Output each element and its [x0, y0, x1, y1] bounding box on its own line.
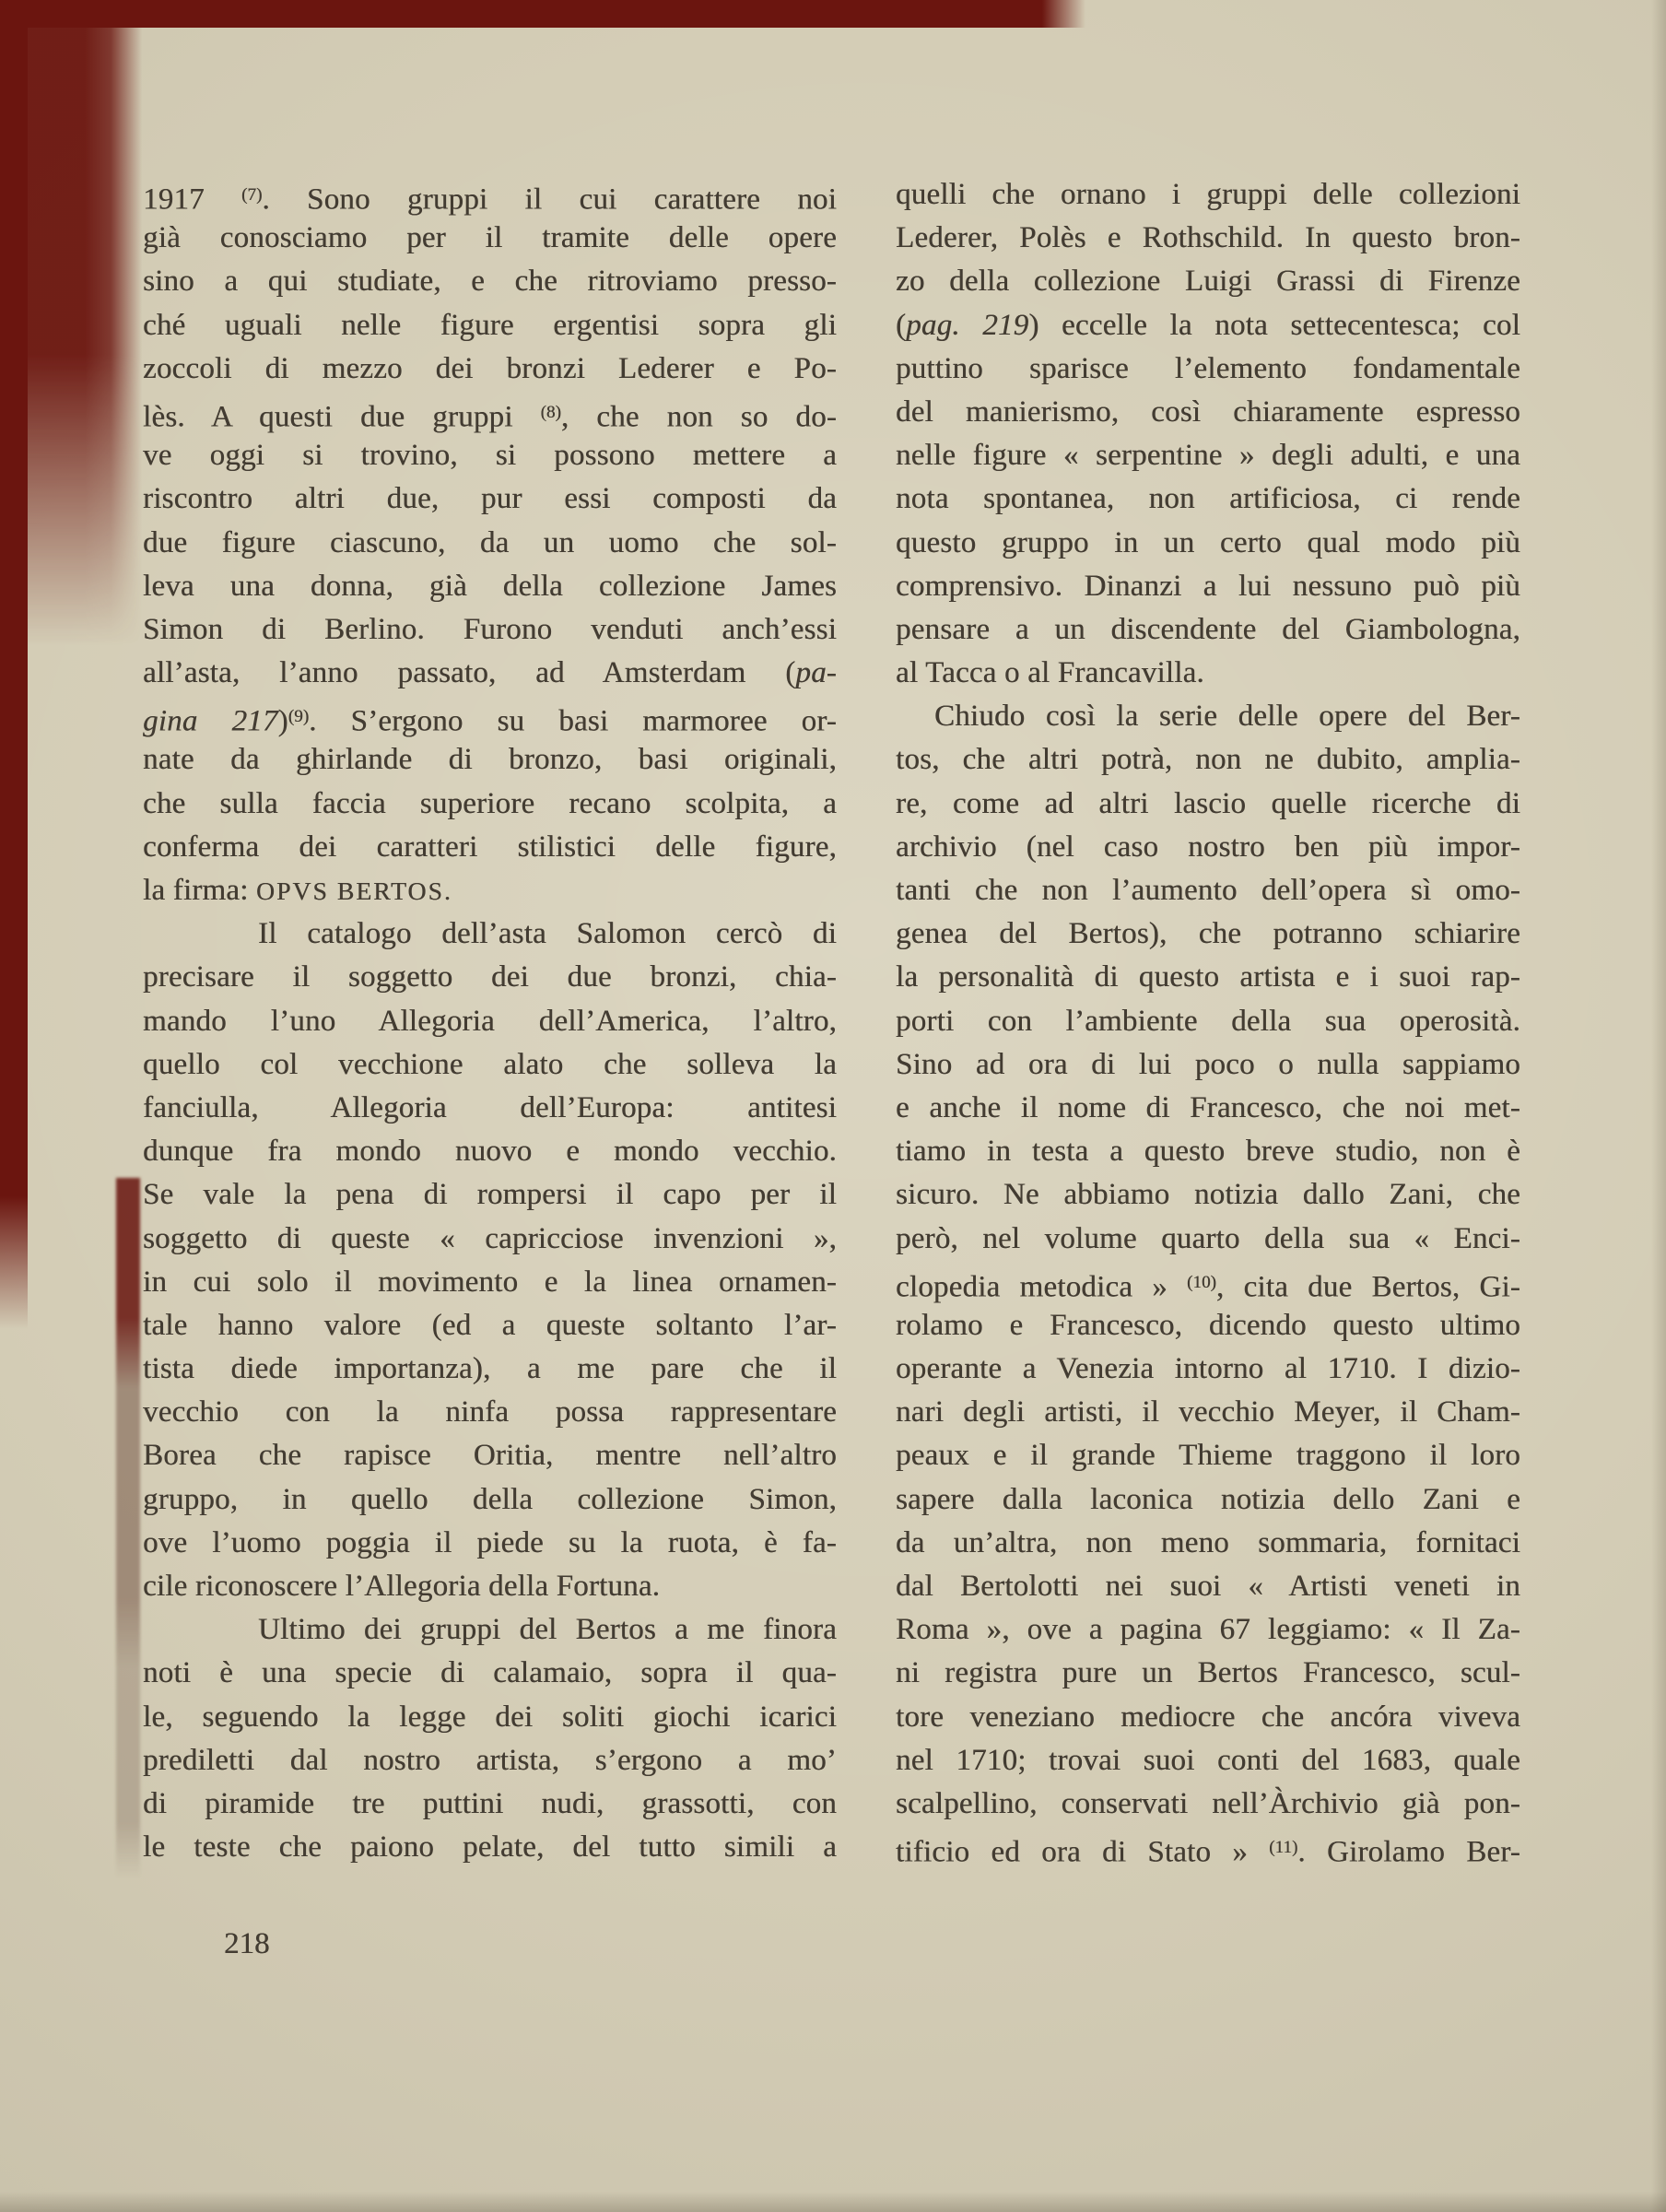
page-edge-shadow-bottom [0, 2192, 1666, 2212]
text-segment: OPVS BERTOS. [256, 877, 452, 905]
gutter-shadow [116, 1178, 140, 1878]
text-line: sicuro. Ne abbiamo notizia dallo Zani, c… [896, 1173, 1520, 1217]
text-segment: pa- [795, 656, 837, 689]
text-line: due figure ciascuno, da un uomo che sol- [143, 522, 837, 565]
text-segment: pag. 219 [906, 309, 1028, 342]
text-line: porti con l’ambiente della sua operosità… [896, 1000, 1520, 1043]
text-line: comprensivo. Dinanzi a lui nessuno può p… [896, 565, 1520, 608]
text-line: tista diede importanza), a me pare che i… [143, 1347, 837, 1391]
text-line: operante a Venezia intorno al 1710. I di… [896, 1347, 1520, 1391]
text-line: vecchio con la ninfa possa rappresentare [143, 1391, 837, 1434]
text-line: nel 1710; trovai suoi conti del 1683, qu… [896, 1739, 1520, 1783]
footnote-marker: (10) [1187, 1273, 1216, 1292]
text-line: tore veneziano mediocre che ancóra vivev… [896, 1696, 1520, 1739]
text-line: puttino sparisce l’elemento fondamentale [896, 347, 1520, 391]
text-line: mando l’uno Allegoria dell’America, l’al… [143, 1000, 837, 1043]
text-line: già conosciamo per il tramite delle oper… [143, 217, 837, 260]
text-line: che sulla faccia superiore recano scolpi… [143, 782, 837, 826]
text-line: gruppo, in quello della collezione Simon… [143, 1478, 837, 1522]
text-column-right: quelli che ornano i gruppi delle collezi… [896, 173, 1520, 1869]
text-line: nota spontanea, non artificiosa, ci rend… [896, 477, 1520, 521]
book-cover-edge-top [0, 0, 1085, 28]
text-line: gina 217)(9). S’ergono su basi marmoree … [143, 695, 837, 738]
text-line: ove l’uomo poggia il piede su la ruota, … [143, 1522, 837, 1565]
text-line: Lederer, Polès e Rothschild. In questo b… [896, 217, 1520, 260]
text-line: da un’altra, non meno sommaria, fornitac… [896, 1522, 1520, 1565]
text-segment: gina 217 [143, 705, 278, 738]
text-line: tiamo in testa a questo breve studio, no… [896, 1130, 1520, 1173]
text-line: Roma », ove a pagina 67 leggiamo: « Il Z… [896, 1608, 1520, 1652]
text-line: Simon di Berlino. Furono venduti anch’es… [143, 608, 837, 652]
text-line: sapere dalla laconica notizia dello Zani… [896, 1478, 1520, 1522]
text-line: Chiudo così la serie delle opere del Ber… [896, 695, 1520, 738]
text-line: re, come ad altri lascio quelle ricerche… [896, 782, 1520, 826]
text-line: tificio ed ora di Stato » (11). Girolamo… [896, 1826, 1520, 1869]
text-column-left: 1917 (7). Sono gruppi il cui carattere n… [143, 173, 837, 1869]
text-line: Ultimo dei gruppi del Bertos a me finora [143, 1608, 837, 1652]
text-line: fanciulla, Allegoria dell’Europa: antite… [143, 1087, 837, 1130]
text-line: la personalità di questo artista e i suo… [896, 956, 1520, 999]
text-line: quelli che ornano i gruppi delle collezi… [896, 173, 1520, 217]
text-line: ché uguali nelle figure ergentisi sopra … [143, 304, 837, 347]
text-line: all’asta, l’anno passato, ad Amsterdam (… [143, 652, 837, 695]
text-line: ni registra pure un Bertos Francesco, sc… [896, 1652, 1520, 1695]
text-line: però, nel volume quarto della sua « Enci… [896, 1218, 1520, 1261]
text-line: nelle figure « serpentine » degli adulti… [896, 434, 1520, 477]
book-cover-edge-left [0, 0, 28, 1329]
text-line: peaux e il grande Thieme traggono il lor… [896, 1434, 1520, 1477]
page-number: 218 [224, 1923, 270, 1966]
text-line: in cui solo il movimento e la linea orna… [143, 1261, 837, 1304]
footnote-marker: (11) [1269, 1838, 1297, 1857]
text-line: archivio (nel caso nostro ben più impor- [896, 826, 1520, 869]
footnote-marker: (9) [288, 707, 309, 726]
footnote-marker: (8) [541, 403, 561, 422]
text-line: conferma dei caratteri stilistici delle … [143, 826, 837, 869]
text-line: soggetto di queste « capricciose invenzi… [143, 1218, 837, 1261]
text-line: (pag. 219) eccelle la nota settecentesca… [896, 304, 1520, 347]
text-line: tos, che altri potrà, non ne dubito, amp… [896, 738, 1520, 782]
text-line: Se vale la pena di rompersi il capo per … [143, 1173, 837, 1217]
text-line: precisare il soggetto dei due bronzi, ch… [143, 956, 837, 999]
text-line: questo gruppo in un certo qual modo più [896, 522, 1520, 565]
text-line: le teste che paiono pelate, del tutto si… [143, 1826, 837, 1869]
text-line: prediletti dal nostro artista, s’ergono … [143, 1739, 837, 1783]
text-line: pensare a un discendente del Giambologna… [896, 608, 1520, 652]
text-line: Sino ad ora di lui poco o nulla sappiamo [896, 1043, 1520, 1087]
text-line: Borea che rapisce Oritia, mentre nell’al… [143, 1434, 837, 1477]
text-line: zo della collezione Luigi Grassi di Fire… [896, 260, 1520, 303]
text-line: quello col vecchione alato che solleva l… [143, 1043, 837, 1087]
text-line: tale hanno valore (ed a queste soltanto … [143, 1304, 837, 1347]
text-line: al Tacca o al Francavilla. [896, 652, 1520, 695]
text-line: 1917 (7). Sono gruppi il cui carattere n… [143, 173, 837, 217]
text-line: di piramide tre puttini nudi, grassotti,… [143, 1783, 837, 1826]
text-line: e anche il nome di Francesco, che noi me… [896, 1087, 1520, 1130]
text-line: nate da ghirlande di bronzo, basi origin… [143, 738, 837, 782]
text-line: genea del Bertos), che potranno schiarir… [896, 912, 1520, 956]
text-line: tanti che non l’aumento dell’opera sì om… [896, 869, 1520, 912]
text-line: riscontro altri due, pur essi composti d… [143, 477, 837, 521]
text-line: scalpellino, conservati nell’Àrchivio gi… [896, 1783, 1520, 1826]
text-line: clopedia metodica » (10), cita due Berto… [896, 1261, 1520, 1304]
text-line: lès. A questi due gruppi (8), che non so… [143, 391, 837, 434]
text-line: dal Bertolotti nei suoi « Artisti veneti… [896, 1565, 1520, 1608]
text-line: nari degli artisti, il vecchio Meyer, il… [896, 1391, 1520, 1434]
text-line: ve oggi si trovino, si possono mettere a [143, 434, 837, 477]
text-line: sino a qui studiate, e che ritroviamo pr… [143, 260, 837, 303]
text-line: noti è una specie di calamaio, sopra il … [143, 1652, 837, 1695]
text-line: rolamo e Francesco, dicendo questo ultim… [896, 1304, 1520, 1347]
page-edge-shadow-right [1651, 0, 1666, 2212]
text-line: leva una donna, già della collezione Jam… [143, 565, 837, 608]
text-line: la firma: OPVS BERTOS. [143, 869, 837, 912]
text-line: cile riconoscere l’Allegoria della Fortu… [143, 1565, 837, 1608]
book-page: 1917 (7). Sono gruppi il cui carattere n… [0, 0, 1666, 2212]
text-line: le, seguendo la legge dei soliti giochi … [143, 1696, 837, 1739]
text-line: del manierismo, così chiaramente espress… [896, 391, 1520, 434]
text-line: zoccoli di mezzo dei bronzi Lederer e Po… [143, 347, 837, 391]
text-line: Il catalogo dell’asta Salomon cercò di [143, 912, 837, 956]
footnote-marker: (7) [241, 185, 262, 205]
text-line: dunque fra mondo nuovo e mondo vecchio. [143, 1130, 837, 1173]
